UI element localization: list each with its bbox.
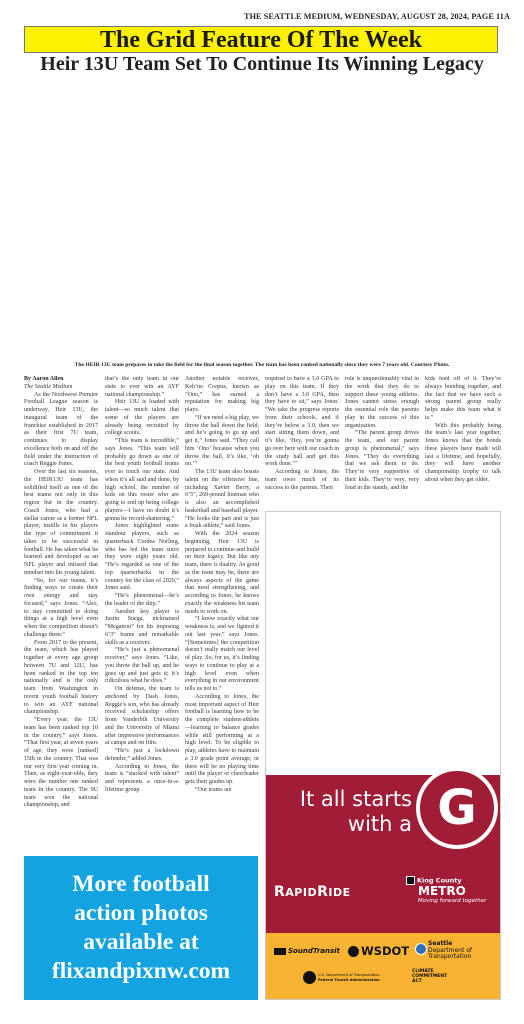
- paragraph: “This team is incredible,” says Jones. “…: [105, 438, 179, 523]
- article-headline: Heir 13U Team Set To Continue Its Winnin…: [0, 53, 524, 76]
- paragraph: Jones highlighted some standout players,…: [105, 523, 179, 593]
- article-column-3: Another notable receiver, Keh’no Corpuz,…: [185, 376, 259, 856]
- partner-name: WSDOT: [361, 944, 409, 958]
- climate-commitment-act-logo: CLIMATE COMMITMENT ACT: [412, 969, 447, 984]
- paragraph: “He’s just a phenomenal receiver,” says …: [105, 647, 179, 686]
- logo-letter: R: [274, 884, 285, 900]
- page-folio: THE SEATTLE MEDIUM, WEDNESDAY, AUGUST 28…: [244, 12, 510, 21]
- sdot-logo: Seattle Department of Transportation: [428, 941, 472, 961]
- team-photo: [24, 80, 500, 360]
- partner-name: Transportation: [428, 954, 472, 961]
- sound-transit-logo: SoundTransit: [274, 947, 340, 955]
- paragraph: On defense, the team is anchored by Dash…: [105, 686, 179, 748]
- wsdot-logo: WSDOT: [348, 944, 409, 958]
- partner-name: Federal Transit Administration: [318, 978, 380, 983]
- paragraph: As the Northwest Premier Football League…: [24, 392, 98, 470]
- photos-ad[interactable]: More football action photos available at…: [24, 856, 258, 1000]
- paragraph: The 13U team also boasts talent on the o…: [185, 469, 259, 516]
- ad-tagline: It all starts with a: [276, 787, 412, 837]
- agency-slogan: Moving forward together: [418, 898, 486, 904]
- ad-tagline-line: It all starts: [276, 787, 412, 812]
- ad-partner-strip: SoundTransit WSDOT Seattle Department of…: [266, 933, 500, 1000]
- paragraph-continued: role is unquestionably vital in the work…: [345, 376, 419, 430]
- paragraph: “If we need a big play, we throw the bal…: [185, 415, 259, 469]
- paragraph-continued: that’s the only team in our state to eve…: [105, 376, 179, 399]
- photos-ad-line: available at: [52, 928, 230, 957]
- rapidride-logo: RAPIDRIDE: [274, 884, 351, 900]
- paragraph: Another key player is Justin Suega, nick…: [105, 609, 179, 648]
- photos-ad-line: More football: [52, 870, 230, 899]
- paragraph: “He looks the part and is just a freak a…: [185, 516, 259, 532]
- logo-letters: IDE: [328, 886, 350, 899]
- paragraph: From 2017 to the present, the team, whic…: [24, 640, 98, 718]
- paragraph: Heir 13U is loaded with talent—so much t…: [105, 399, 179, 438]
- ad-red-panel: It all starts with a G RAPIDRIDE King Co…: [266, 775, 500, 933]
- partner-name: Seattle: [428, 940, 452, 947]
- article-column-1: By Aaron Allen The Seattle Medium As the…: [24, 376, 98, 856]
- photo-caption: The HEIR 13U team prepares to take the f…: [0, 362, 524, 368]
- sound-transit-icon: [274, 948, 286, 955]
- paragraph-continued: kids feed off of it. They’re always bond…: [425, 376, 501, 423]
- article-column-6: kids feed off of it. They’re always bond…: [425, 376, 501, 508]
- article-column-4: required to have a 3.0 GPA to play on th…: [265, 376, 339, 508]
- paragraph: “So, for our teams, it’s finding ways to…: [24, 578, 98, 640]
- logo-letter: R: [317, 884, 328, 900]
- dot-triskelion-icon: [303, 971, 316, 984]
- g-line-circle-icon: G: [416, 767, 498, 849]
- paragraph: “Every year, the 13U team has been ranke…: [24, 717, 98, 810]
- paragraph: Over the last six seasons, the HEIR13U t…: [24, 469, 98, 578]
- photos-ad-url[interactable]: flixandpixnw.com: [52, 957, 230, 986]
- paragraph: With the 2024 season beginning, Heir 13U…: [185, 531, 259, 616]
- ad-image-area: [266, 512, 500, 775]
- paragraph: “He’s just a lockdown defender,” added J…: [105, 748, 179, 764]
- paragraph: According to Jones, the most important a…: [185, 694, 259, 787]
- ad-tagline-line: with a: [276, 812, 412, 837]
- partner-name: ACT: [412, 979, 447, 984]
- section-banner: The Grid Feature Of The Week: [24, 26, 498, 53]
- photos-ad-text: More football action photos available at…: [52, 870, 230, 986]
- rapidride-ad[interactable]: It all starts with a G RAPIDRIDE King Co…: [265, 511, 501, 1000]
- wsdot-icon: [348, 946, 359, 957]
- paragraph: With this probably being the team’s last…: [425, 423, 501, 485]
- paragraph: “The parent group drives the team, and o…: [345, 430, 419, 492]
- paragraph-continued: required to have a 3.0 GPA to play on th…: [265, 376, 339, 469]
- king-county-icon: [406, 876, 415, 885]
- paragraph-continued: Another notable receiver, Keh’no Corpuz,…: [185, 376, 259, 415]
- paragraph: “Our teams are: [185, 787, 259, 795]
- fta-logo: U.S. Department of Transportation Federa…: [318, 973, 380, 983]
- article-column-5: role is unquestionably vital in the work…: [345, 376, 419, 508]
- photos-ad-line: action photos: [52, 899, 230, 928]
- king-county-metro-logo: King County METRO Moving forward togethe…: [406, 876, 486, 904]
- paragraph: According to Jones, the team is “stacked…: [105, 764, 179, 795]
- article-column-2: that’s the only team in our state to eve…: [105, 376, 179, 856]
- partner-name: SoundTransit: [288, 947, 340, 955]
- logo-letters: APID: [285, 886, 317, 899]
- g-line-letter: G: [437, 784, 476, 832]
- byline: By Aaron Allen: [24, 376, 98, 384]
- agency-metro: METRO: [418, 885, 486, 898]
- sdot-icon: [415, 943, 427, 955]
- paragraph: “I know exactly what our weakness is, an…: [185, 616, 259, 694]
- section-banner-title: The Grid Feature Of The Week: [100, 28, 422, 52]
- paragraph: According to Jones, the team owes much o…: [265, 469, 339, 492]
- paragraph: “He’s phenomenal—he’s the leader of the …: [105, 593, 179, 609]
- byline-source: The Seattle Medium: [24, 384, 98, 392]
